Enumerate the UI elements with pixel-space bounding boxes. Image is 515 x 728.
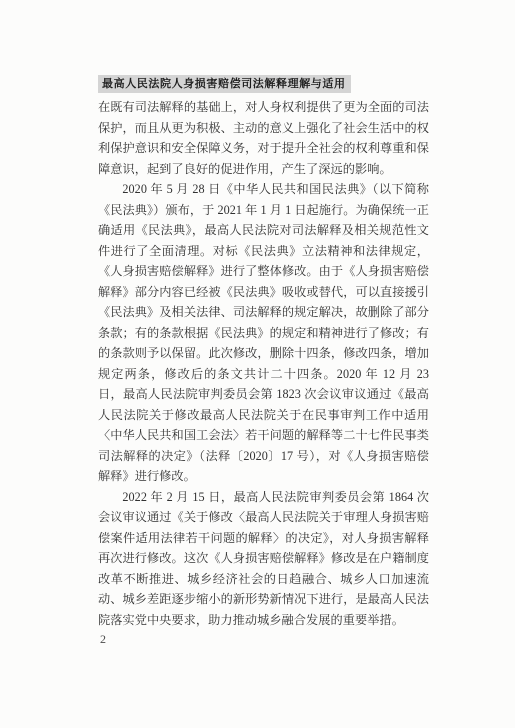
body-text: 在既有司法解释的基础上，对人身权利提供了更为全面的司法保护，而且从更为积极、主动… [98,97,429,630]
paragraph: 2020 年 5 月 28 日《中华人民共和国民法典》（以下简称《民法典》）颁布… [98,179,429,487]
paragraph: 2022 年 2 月 15 日，最高人民法院审判委员会第 1864 次会议审议通… [98,487,429,631]
document-page: 最高人民法院人身损害赔偿司法解释理解与适用 在既有司法解释的基础上，对人身权利提… [0,0,515,728]
running-header-title: 最高人民法院人身损害赔偿司法解释理解与适用 [102,78,346,90]
page-number: 2 [100,632,106,647]
paragraph-continuation: 在既有司法解释的基础上，对人身权利提供了更为全面的司法保护，而且从更为积极、主动… [98,97,429,179]
running-header: 最高人民法院人身损害赔偿司法解释理解与适用 [98,75,351,93]
